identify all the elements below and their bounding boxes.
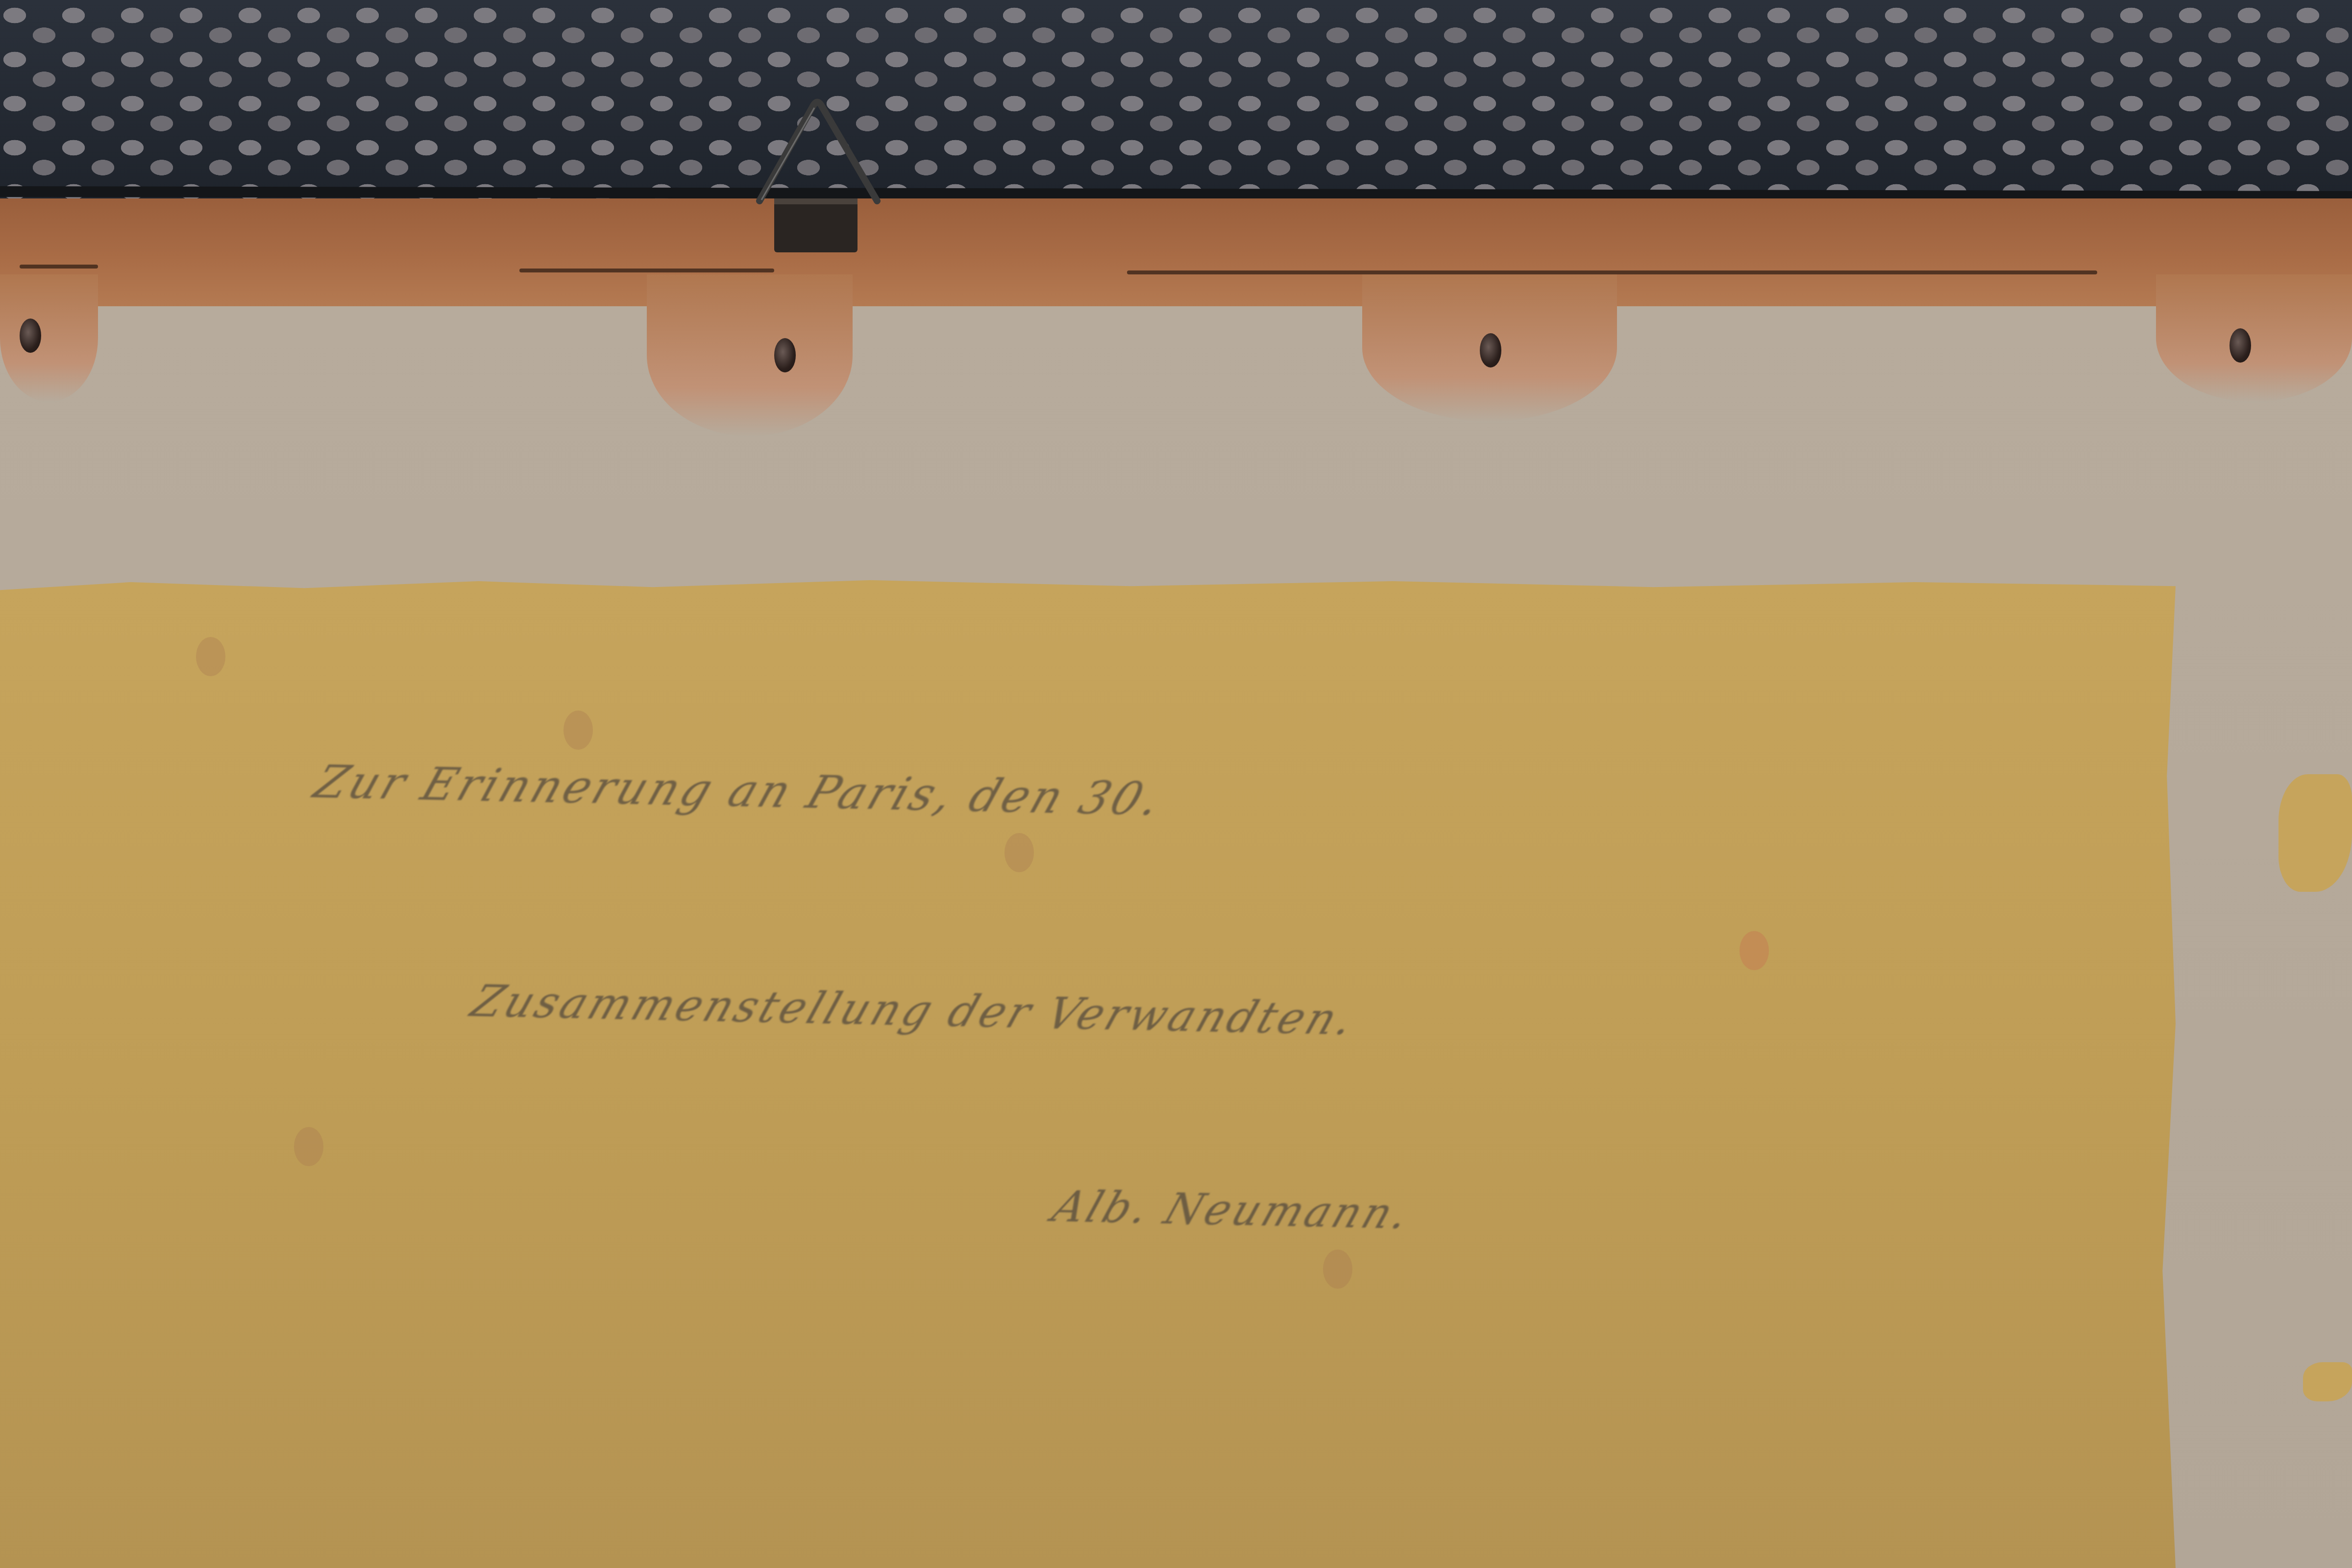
paper-fragment [2303,1362,2352,1401]
inscription-signature: Alb. Neumann. [1046,1182,1418,1238]
paper-stain [563,710,593,750]
tape-tear [519,269,774,272]
brown-tape-strip [0,198,2352,306]
paper-stain [1004,833,1034,872]
nail-icon [2229,328,2251,363]
paper-stain [196,637,225,676]
tape-stain [2156,274,2352,402]
paper-fragment [2278,774,2352,892]
tape-tear [20,265,98,269]
tape-tear [1127,270,2097,274]
tape-stain [0,274,98,402]
triangle-hanger-icon [745,88,887,255]
tape-stain [647,274,853,436]
yellow-paper-label [0,578,2176,1568]
paper-stain [1323,1249,1352,1289]
nail-icon [774,338,796,372]
nail-icon [20,318,41,353]
carpet-background [0,0,2352,206]
nail-icon [1480,333,1501,367]
paper-stain [1739,931,1769,970]
paper-stain [294,1127,323,1166]
